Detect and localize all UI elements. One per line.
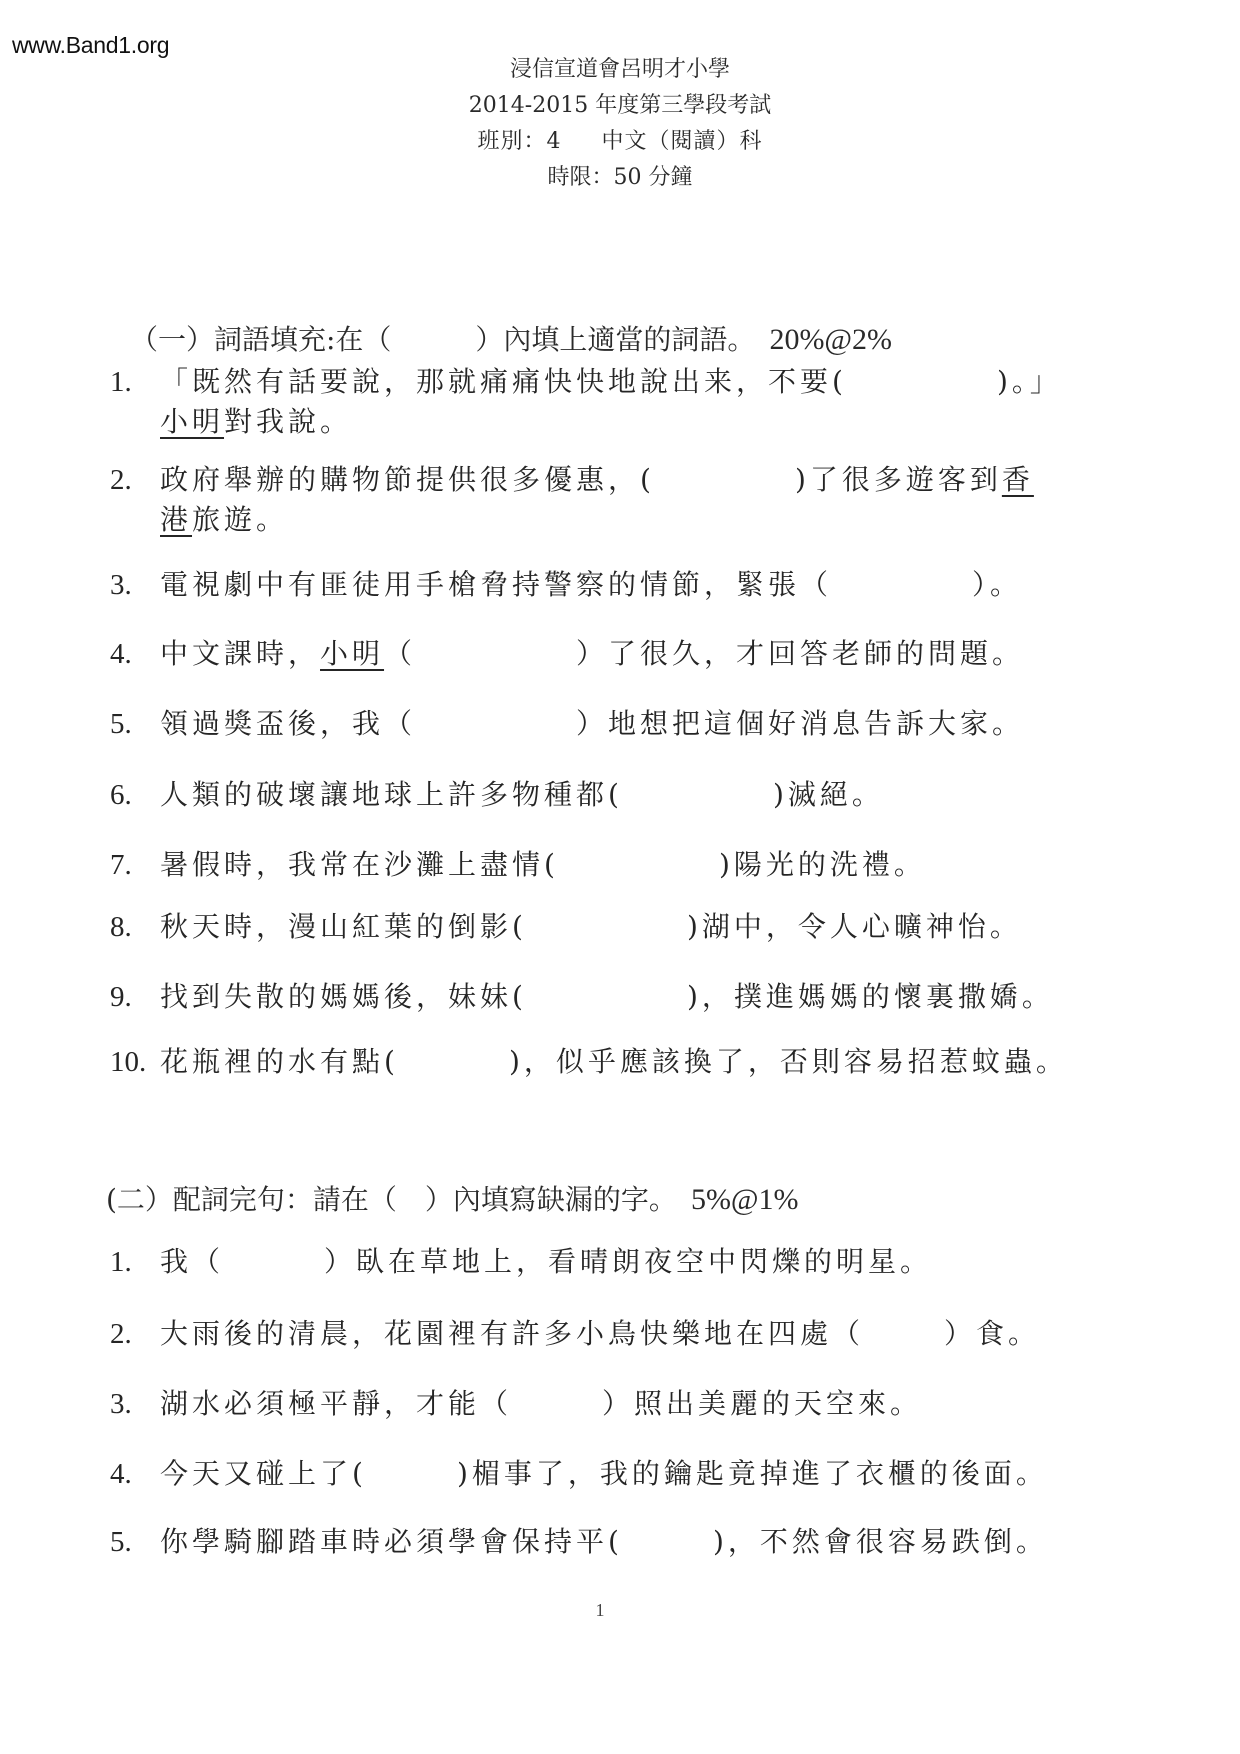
section1-score: 20%@2% [769,323,892,356]
exam-header: 浸信宣道會呂明才小學 2014-2015 年度第三學段考試 班別：4中文（閱讀）… [0,52,1240,196]
s1-question-9: 9.找到失散的媽媽後，妹妹()，撲進媽媽的懷裏撒嬌。 [110,975,1054,1015]
school-name: 浸信宣道會呂明才小學 [0,52,1240,88]
exam-term: 2014-2015 年度第三學段考試 [0,88,1240,124]
subject: 中文（閱讀）科 [601,129,762,154]
s1-question-10: 10.花瓶裡的水有點()，似乎應該換了，否則容易招惹蚊蟲。 [110,1040,1068,1080]
proper-noun: 小明 [160,405,224,438]
s1-question-1: 1.「既然有話要說，那就痛痛快快地說出来，不要()。」 小明對我說。 [110,360,1062,400]
class-label: 班別：4 [477,129,561,154]
s1-question-7: 7.暑假時，我常在沙灘上盡情()陽光的洗禮。 [110,843,926,883]
class-subject: 班別：4中文（閱讀）科 [0,124,1240,160]
s1-question-2: 2.政府舉辦的購物節提供很多優惠，()了很多遊客到香 港旅遊。 [110,458,1034,498]
s1-question-8: 8.秋天時，漫山紅葉的倒影()湖中，令人心曠神怡。 [110,905,1022,945]
s1-question-3: 3.電視劇中有匪徒用手槍脅持警察的情節，緊張（）。 [110,563,1022,603]
s1-question-5: 5.領過獎盃後，我（）地想把這個好消息告訴大家。 [110,702,1024,742]
section2-title: (二）配詞完句：請在（ ）內填寫缺漏的字。5%@1% [106,1178,799,1218]
section2-score: 5%@1% [691,1183,799,1216]
page-number: 1 [590,1600,610,1621]
s1-question-6: 6.人類的破壞讓地球上許多物種都()滅絕。 [110,773,884,813]
s1-question-4: 4.中文課時，小明（）了很久，才回答老師的問題。 [110,632,1024,672]
s2-question-5: 5.你學騎腳踏車時必須學會保持平()，不然會很容易跌倒。 [110,1520,1048,1560]
time-limit: 時限：50 分鐘 [0,160,1240,196]
section1-title: （一）詞語填充:在（ ）內填上適當的詞語。20%@2% [130,318,892,358]
s2-question-1: 1.我（）臥在草地上，看晴朗夜空中閃爍的明星。 [110,1240,932,1280]
s2-question-3: 3.湖水必須極平靜，才能（）照出美麗的天空來。 [110,1382,922,1422]
s2-question-4: 4.今天又碰上了()楣事了，我的鑰匙竟掉進了衣櫃的後面。 [110,1452,1048,1492]
s2-question-2: 2.大雨後的清晨，花園裡有許多小鳥快樂地在四處（）食。 [110,1312,1040,1352]
